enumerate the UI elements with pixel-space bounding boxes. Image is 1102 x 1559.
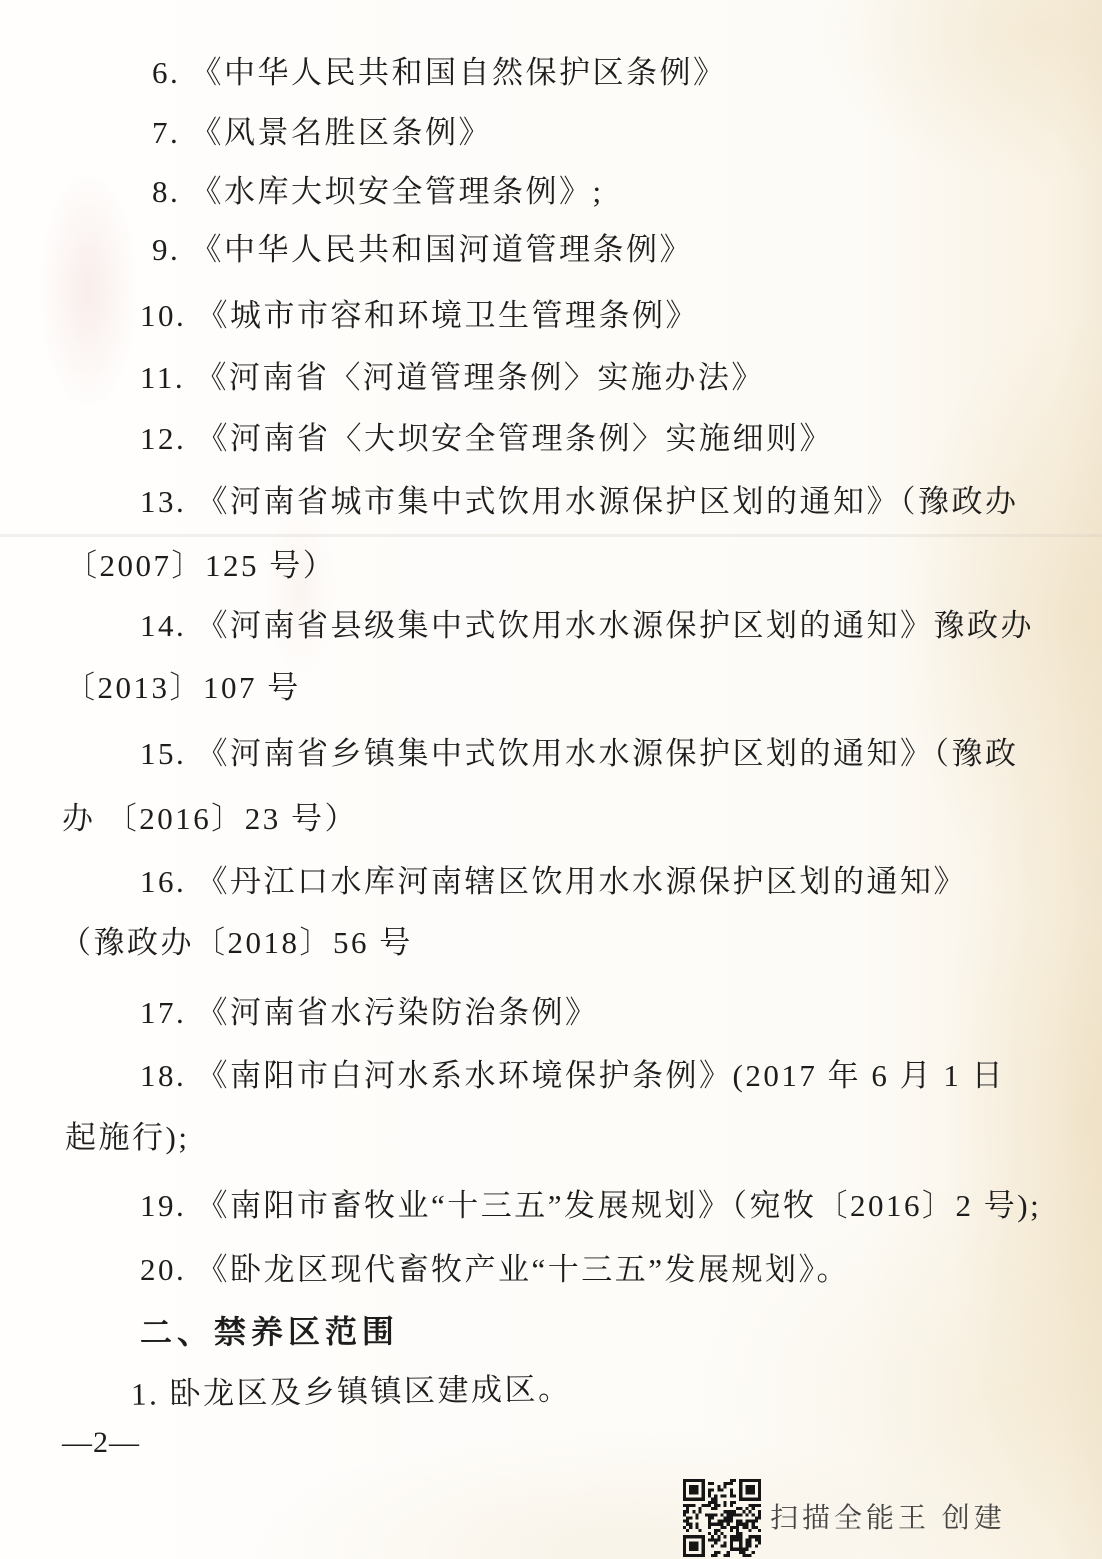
law-item-6: 6. 《中华人民共和国自然保护区条例》 (152, 53, 727, 93)
law-item-20: 20. 《卧龙区现代畜牧产业“十三五”发展规划》。 (140, 1250, 850, 1290)
law-item-14-cont: 〔2013〕107 号 (64, 668, 301, 708)
law-item-7: 7. 《风景名胜区条例》 (152, 113, 492, 153)
law-item-13-cont: 〔2007〕125 号） (66, 546, 336, 586)
qr-code-icon (683, 1479, 761, 1557)
law-item-17: 17. 《河南省水污染防治条例》 (140, 993, 599, 1033)
law-item-13: 13. 《河南省城市集中式饮用水源保护区划的通知》（豫政办 (140, 482, 1019, 522)
law-item-10: 10. 《城市市容和环境卫生管理条例》 (140, 296, 699, 336)
law-item-11: 11. 《河南省〈河道管理条例〉实施办法》 (140, 358, 765, 398)
law-item-15: 15. 《河南省乡镇集中式饮用水水源保护区划的通知》（豫政 (140, 734, 1019, 774)
law-item-16: 16. 《丹江口水库河南辖区饮用水水源保护区划的通知》 (140, 862, 967, 902)
law-item-18: 18. 《南阳市白河水系水环境保护条例》(2017 年 6 月 1 日 (140, 1056, 1005, 1096)
law-item-18-cont: 起施行); (65, 1118, 189, 1158)
law-item-14: 14. 《河南省县级集中式饮用水水源保护区划的通知》豫政办 (140, 606, 1034, 646)
section-heading-forbidden-zone: 二、禁养区范围 (140, 1311, 399, 1353)
law-item-8: 8. 《水库大坝安全管理条例》; (152, 172, 604, 212)
scanned-document-page: 6. 《中华人民共和国自然保护区条例》 7. 《风景名胜区条例》 8. 《水库大… (0, 0, 1102, 1559)
law-item-19: 19. 《南阳市畜牧业“十三五”发展规划》（宛牧〔2016〕2 号); (140, 1186, 1041, 1226)
law-item-12: 12. 《河南省〈大坝安全管理条例〉实施细则》 (140, 419, 833, 459)
scan-streak-artifact (0, 534, 1102, 537)
law-item-9: 9. 《中华人民共和国河道管理条例》 (152, 230, 693, 270)
scan-watermark-label: 扫描全能王 创建 (770, 1496, 1006, 1536)
law-item-15-cont: 办 〔2016〕23 号） (62, 799, 358, 839)
law-item-16-cont: （豫政办〔2018〕56 号 (60, 923, 413, 963)
page-number: —2— (62, 1424, 140, 1462)
list-item-1: 1. 卧龙区及乡镇镇区建成区。 (131, 1369, 572, 1414)
